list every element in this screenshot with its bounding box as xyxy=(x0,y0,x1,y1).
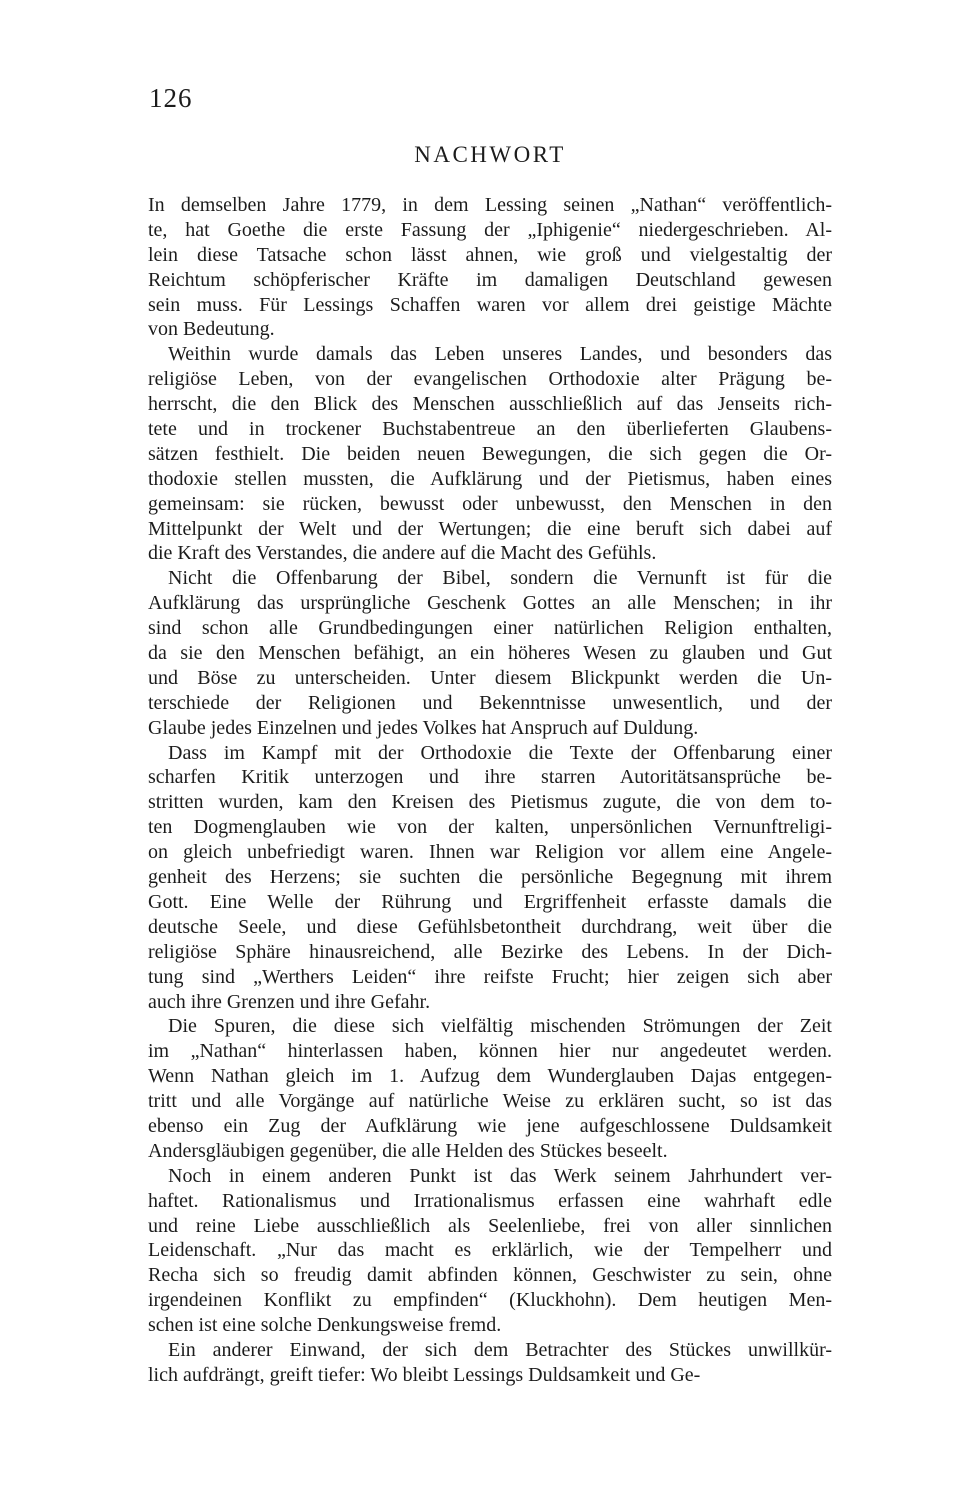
page-heading: NACHWORT xyxy=(148,142,832,168)
text-line: Noch in einem anderen Punkt ist das Werk… xyxy=(148,1164,832,1189)
text-line: sätzen festhielt. Die beiden neuen Beweg… xyxy=(148,442,832,467)
paragraph: In demselben Jahre 1779, in dem Lessing … xyxy=(148,193,832,342)
text-line: schen ist eine solche Denkungsweise frem… xyxy=(148,1313,832,1338)
text-line: sind schon alle Grundbedingungen einer n… xyxy=(148,616,832,641)
text-line: und Böse zu unterscheiden. Unter diesem … xyxy=(148,666,832,691)
text-line: deutsche Seele, und diese Gefühlsbetonth… xyxy=(148,915,832,940)
text-line: on gleich unbefriedigt waren. Ihnen war … xyxy=(148,840,832,865)
text-line: haftet. Rationalismus und Irrationalismu… xyxy=(148,1189,832,1214)
paragraph: Weithin wurde damals das Leben unseres L… xyxy=(148,342,832,566)
text-line: Mittelpunkt der Welt und der Wertungen; … xyxy=(148,517,832,542)
text-line: da sie den Menschen befähigt, an ein höh… xyxy=(148,641,832,666)
text-line: auch ihre Grenzen und ihre Gefahr. xyxy=(148,990,832,1015)
text-line: Recha sich so freudig damit abfinden kön… xyxy=(148,1263,832,1288)
text-line: te, hat Goethe die erste Fassung der „Ip… xyxy=(148,218,832,243)
text-line: ten Dogmenglauben wie von der kalten, un… xyxy=(148,815,832,840)
text-line: lich aufdrängt, greift tiefer: Wo bleibt… xyxy=(148,1363,832,1388)
text-line: Andersgläubigen gegenüber, die alle Held… xyxy=(148,1139,832,1164)
paragraph: Noch in einem anderen Punkt ist das Werk… xyxy=(148,1164,832,1338)
text-line: sein muss. Für Lessings Schaffen waren v… xyxy=(148,293,832,318)
text-line: Wenn Nathan gleich im 1. Aufzug dem Wund… xyxy=(148,1064,832,1089)
text-line: herrscht, die den Blick des Menschen aus… xyxy=(148,392,832,417)
book-page: 126 NACHWORT In demselben Jahre 1779, in… xyxy=(0,0,953,1500)
text-line: In demselben Jahre 1779, in dem Lessing … xyxy=(148,193,832,218)
paragraph: Ein anderer Einwand, der sich dem Betrac… xyxy=(148,1338,832,1388)
text-line: tete und in trockener Buchstabentreue an… xyxy=(148,417,832,442)
text-line: Gott. Eine Welle der Rührung und Ergriff… xyxy=(148,890,832,915)
text-line: Aufklärung das ursprüngliche Geschenk Go… xyxy=(148,591,832,616)
text-line: religiöse Sphäre hinausreichend, alle Be… xyxy=(148,940,832,965)
text-line: thodoxie stellen mussten, die Aufklärung… xyxy=(148,467,832,492)
text-line: scharfen Kritik unterzogen und ihre star… xyxy=(148,765,832,790)
text-line: Ein anderer Einwand, der sich dem Betrac… xyxy=(148,1338,832,1363)
text-line: im „Nathan“ hinterlassen haben, können h… xyxy=(148,1039,832,1064)
text-line: Die Spuren, die diese sich vielfältig mi… xyxy=(148,1014,832,1039)
body-text: In demselben Jahre 1779, in dem Lessing … xyxy=(148,193,832,1388)
text-line: gemeinsam: sie rücken, bewusst oder unbe… xyxy=(148,492,832,517)
text-line: Glaube jedes Einzelnen und jedes Volkes … xyxy=(148,716,832,741)
text-line: von Bedeutung. xyxy=(148,317,832,342)
text-line: terschiede der Religionen und Bekenntnis… xyxy=(148,691,832,716)
text-line: und reine Liebe ausschließlich als Seele… xyxy=(148,1214,832,1239)
text-line: genheit des Herzens; sie suchten die per… xyxy=(148,865,832,890)
text-line: Nicht die Offenbarung der Bibel, sondern… xyxy=(148,566,832,591)
paragraph: Dass im Kampf mit der Orthodoxie die Tex… xyxy=(148,741,832,1015)
text-line: Weithin wurde damals das Leben unseres L… xyxy=(148,342,832,367)
text-line: tung sind „Werthers Leiden“ ihre reifste… xyxy=(148,965,832,990)
text-line: irgendeinen Konflikt zu empfinden“ (Kluc… xyxy=(148,1288,832,1313)
text-line: Reichtum schöpferischer Kräfte im damali… xyxy=(148,268,832,293)
text-line: lein diese Tatsache schon lässt ahnen, w… xyxy=(148,243,832,268)
text-line: Dass im Kampf mit der Orthodoxie die Tex… xyxy=(148,741,832,766)
text-line: religiöse Leben, von der evangelischen O… xyxy=(148,367,832,392)
text-line: tritt und alle Vorgänge auf natürliche W… xyxy=(148,1089,832,1114)
text-line: stritten wurden, kam den Kreisen des Pie… xyxy=(148,790,832,815)
paragraph: Die Spuren, die diese sich vielfältig mi… xyxy=(148,1014,832,1163)
page-number: 126 xyxy=(149,84,193,112)
text-line: die Kraft des Verstandes, die andere auf… xyxy=(148,541,832,566)
paragraph: Nicht die Offenbarung der Bibel, sondern… xyxy=(148,566,832,740)
text-line: ebenso ein Zug der Aufklärung wie jene a… xyxy=(148,1114,832,1139)
text-line: Leidenschaft. „Nur das macht es erklärli… xyxy=(148,1238,832,1263)
